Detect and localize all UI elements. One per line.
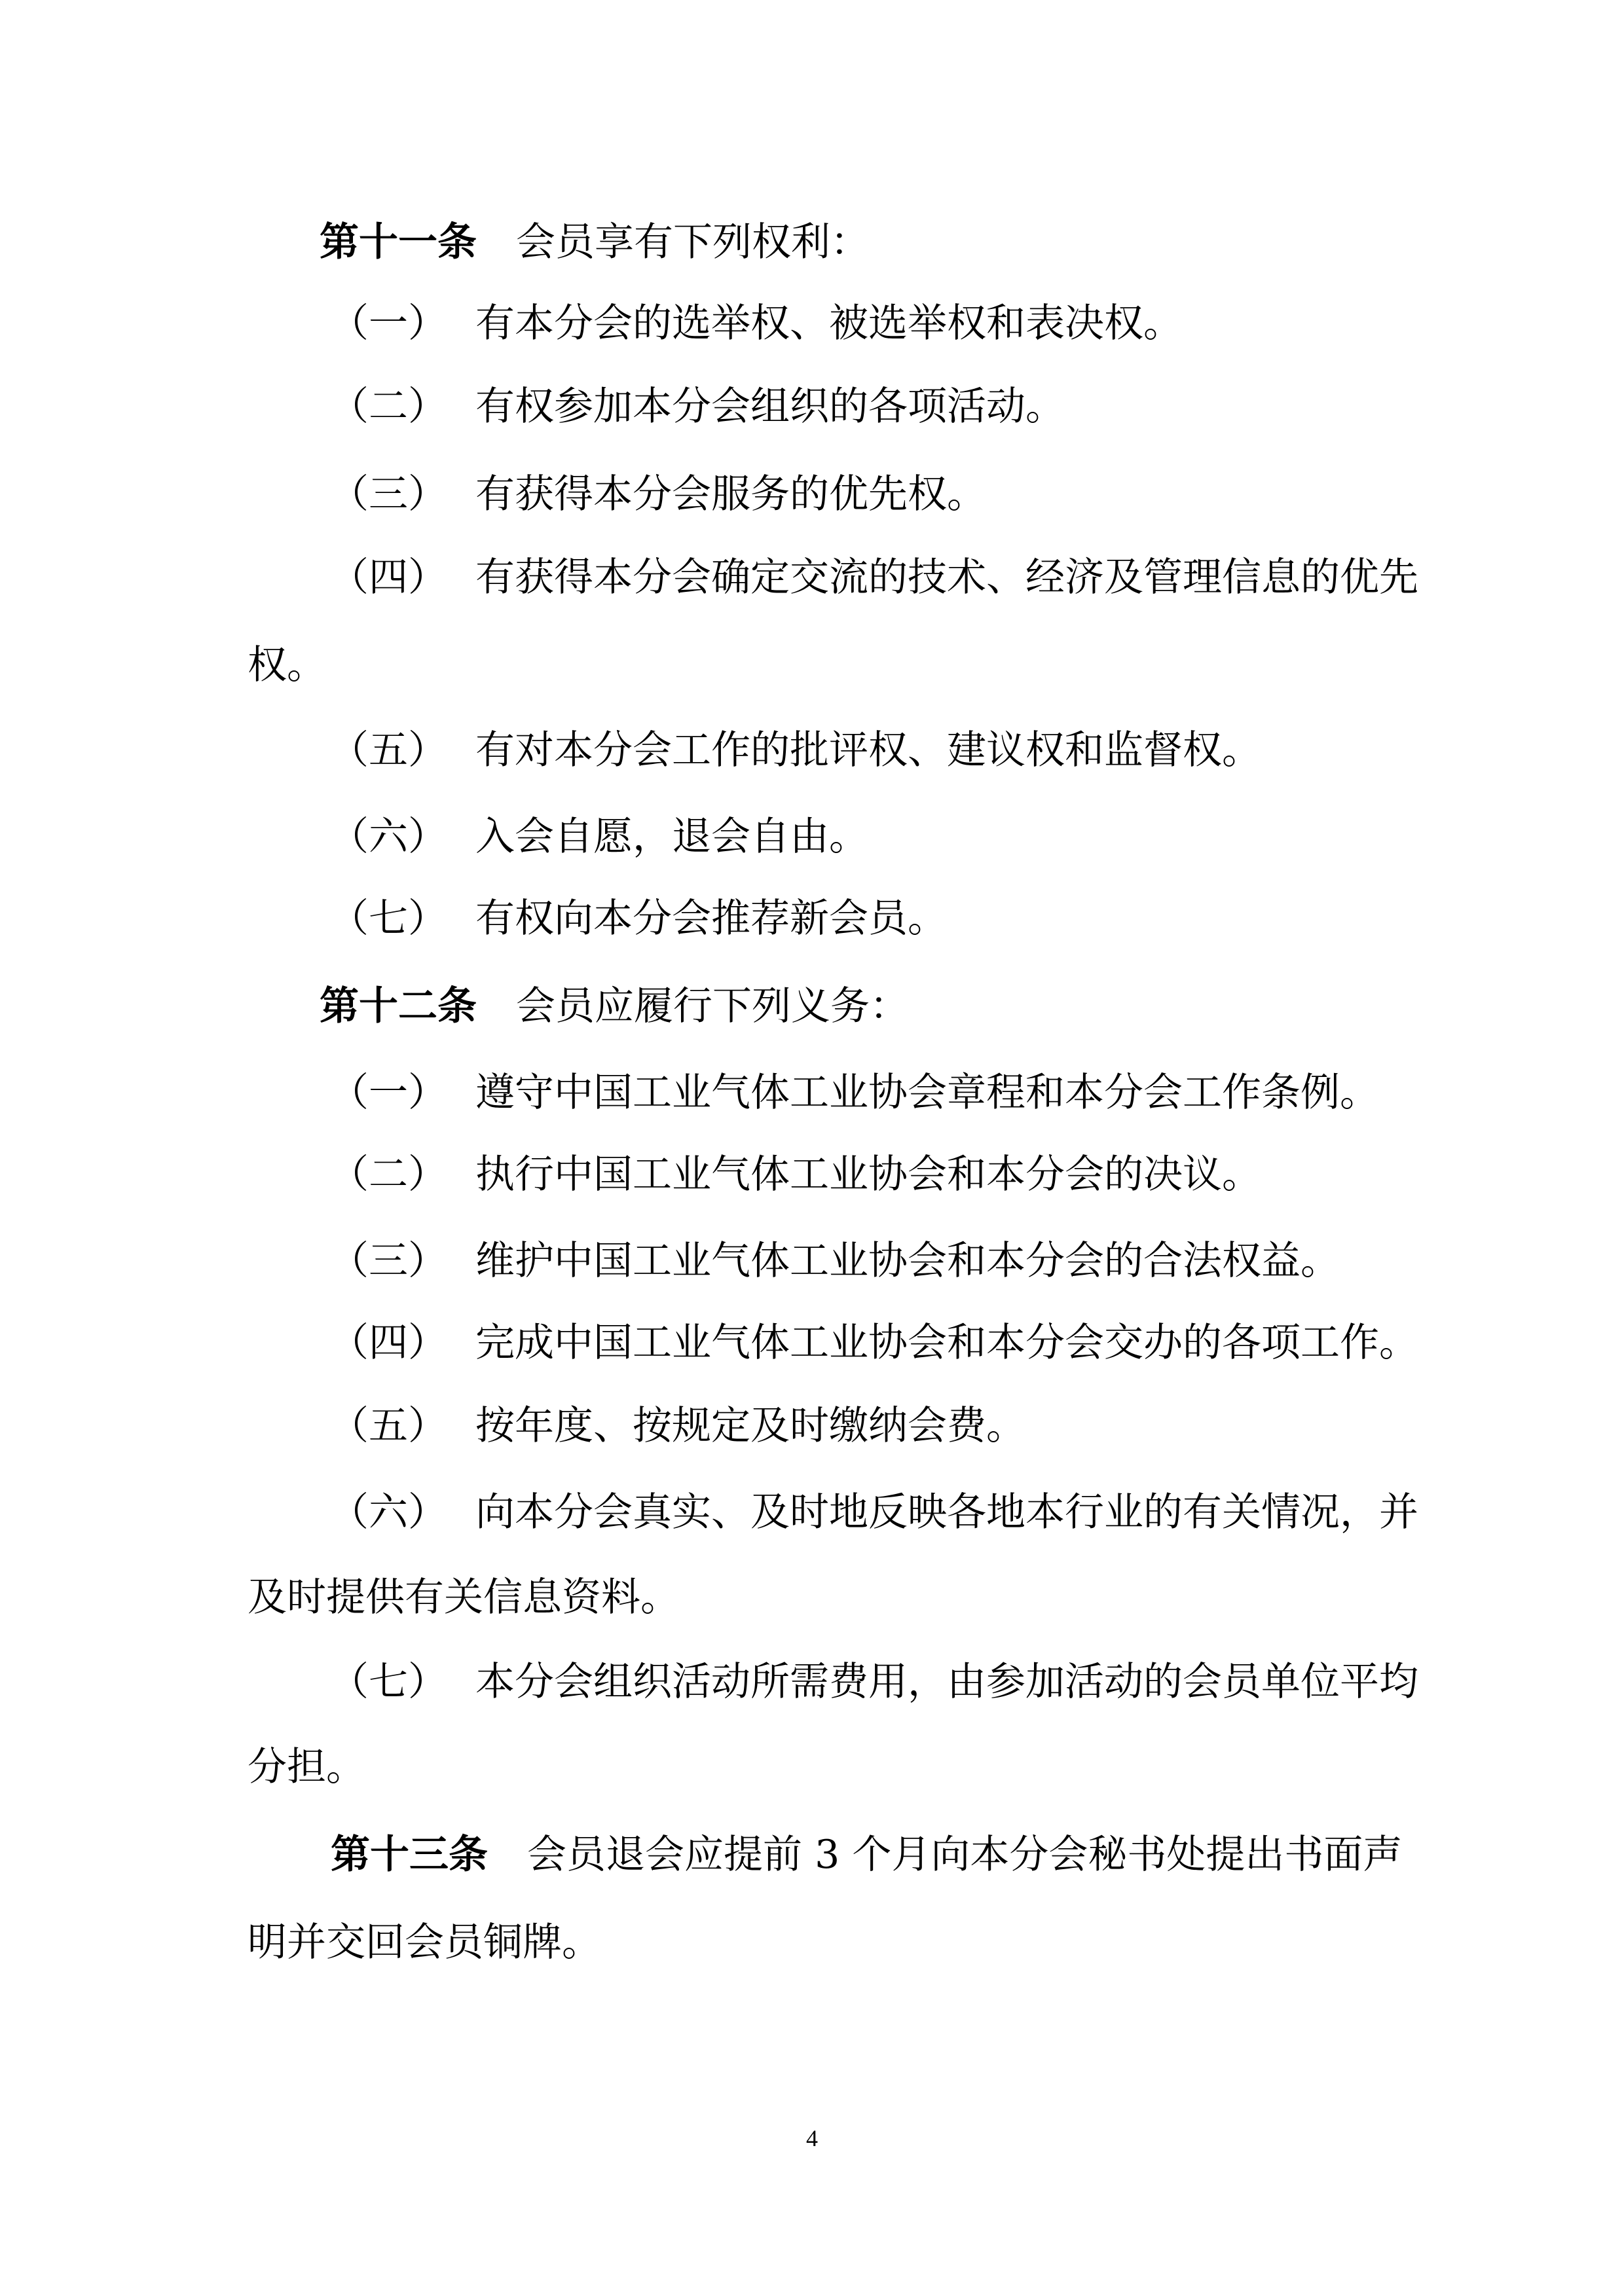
list-item-continuation: 及时提供有关信息资料。: [248, 1574, 680, 1621]
list-item: （二）执行中国工业气体工业协会和本分会的决议。: [329, 1151, 1261, 1198]
article-12-line: 第十二条会员应履行下列义务：: [320, 983, 909, 1030]
item-number: （六）: [329, 1489, 475, 1536]
item-text: 执行中国工业气体工业协会和本分会的决议。: [475, 1152, 1261, 1197]
item-text: 完成中国工业气体工业协会和本分会交办的各项工作。: [475, 1320, 1418, 1366]
list-item: （七）本分会组织活动所需费用，由参加活动的会员单位平均: [329, 1658, 1418, 1705]
item-text: 本分会组织活动所需费用，由参加活动的会员单位平均: [475, 1659, 1418, 1705]
list-item: （五）按年度、按规定及时缴纳会费。: [329, 1402, 1025, 1449]
list-item: （三）维护中国工业气体工业协会和本分会的合法权益。: [329, 1237, 1340, 1285]
list-item: （四）有获得本分会确定交流的技术、经济及管理信息的优先: [329, 554, 1418, 601]
item-number: （二）: [329, 383, 475, 430]
item-number: （六）: [329, 813, 475, 860]
item-number: （五）: [329, 727, 475, 774]
list-item: （一）有本分会的选举权、被选举权和表决权。: [329, 300, 1183, 347]
list-item: （七）有权向本分会推荐新会员。: [329, 895, 947, 942]
article-13-continuation: 明并交回会员铜牌。: [248, 1919, 601, 1966]
item-number: （三）: [329, 1237, 475, 1285]
list-item-continuation: 分担。: [248, 1743, 365, 1791]
item-text: 维护中国工业气体工业协会和本分会的合法权益。: [475, 1238, 1340, 1284]
item-text: 向本分会真实、及时地反映各地本行业的有关情况，并: [475, 1489, 1418, 1535]
item-number: （五）: [329, 1402, 475, 1449]
item-number: （二）: [329, 1151, 475, 1198]
item-text: 遵守中国工业气体工业协会章程和本分会工作条例。: [475, 1070, 1379, 1116]
article-12-title: 第十二条: [320, 983, 477, 1029]
article-13-text: 会员退会应提前 3 个月向本分会秘书处提出书面声: [527, 1832, 1402, 1878]
item-text: 按年度、按规定及时缴纳会费。: [475, 1403, 1025, 1449]
list-item: （二）有权参加本分会组织的各项活动。: [329, 383, 1065, 430]
item-text: 有获得本分会确定交流的技术、经济及管理信息的优先: [475, 555, 1418, 600]
article-11-line: 第十一条会员享有下列权利：: [320, 219, 870, 266]
list-item: （六）向本分会真实、及时地反映各地本行业的有关情况，并: [329, 1489, 1418, 1536]
item-text: 有获得本分会服务的优先权。: [475, 471, 986, 517]
item-number: （一）: [329, 300, 475, 347]
item-number: （三）: [329, 471, 475, 518]
list-item: （六）入会自愿，退会自由。: [329, 813, 868, 860]
item-text: 有本分会的选举权、被选举权和表决权。: [475, 301, 1183, 346]
article-12-text: 会员应履行下列义务：: [516, 983, 909, 1029]
item-text: 入会自愿，退会自由。: [475, 814, 868, 860]
list-item: （四）完成中国工业气体工业协会和本分会交办的各项工作。: [329, 1319, 1418, 1366]
item-number: （七）: [329, 895, 475, 942]
item-number: （七）: [329, 1658, 475, 1705]
article-13-title: 第十三条: [331, 1832, 488, 1878]
item-number: （四）: [329, 1319, 475, 1366]
list-item: （一）遵守中国工业气体工业协会章程和本分会工作条例。: [329, 1069, 1379, 1116]
item-number: （四）: [329, 554, 475, 601]
item-text: 有权向本分会推荐新会员。: [475, 896, 947, 941]
page-number: 4: [0, 2124, 1624, 2152]
item-number: （一）: [329, 1069, 475, 1116]
article-11-text: 会员享有下列权利：: [516, 219, 870, 265]
item-text: 有对本分会工作的批评权、建议权和监督权。: [475, 727, 1261, 773]
list-item-continuation: 权。: [248, 642, 326, 689]
article-11-title: 第十一条: [320, 219, 477, 265]
list-item: （五）有对本分会工作的批评权、建议权和监督权。: [329, 727, 1261, 774]
list-item: （三）有获得本分会服务的优先权。: [329, 471, 986, 518]
article-13-line: 第十三条会员退会应提前 3 个月向本分会秘书处提出书面声: [331, 1831, 1402, 1878]
item-text: 有权参加本分会组织的各项活动。: [475, 384, 1065, 429]
